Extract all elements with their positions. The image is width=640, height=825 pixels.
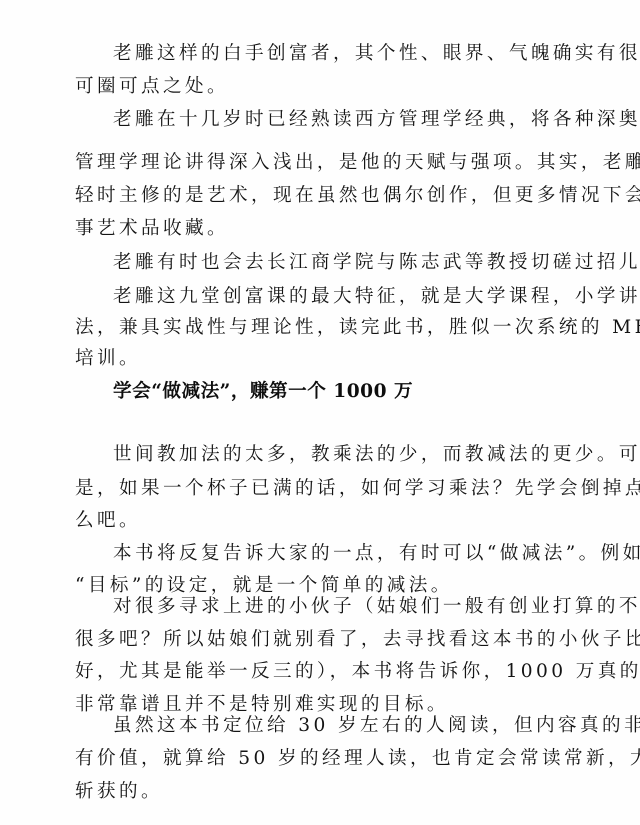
section-heading: 学会“做减法”，赚第一个 1000 万 <box>113 375 413 408</box>
book-page: 老雕这样的白手创富者，其个性、眼界、气魄确实有很多 可圈可点之处。 老雕在十几岁… <box>0 0 640 825</box>
paragraph-line: 么吧。 <box>75 504 607 537</box>
paragraph-line: 很多吧？所以姑娘们就别看了，去寻找看这本书的小伙子比较 <box>75 623 607 656</box>
paragraph-line: 可圈可点之处。 <box>75 70 607 103</box>
paragraph-line: 老雕在十几岁时已经熟读西方管理学经典，将各种深奥的 <box>113 103 607 136</box>
paragraph-line: 虽然这本书定位给 30 岁左右的人阅读，但内容真的非常 <box>113 709 607 742</box>
paragraph-line: 老雕有时也会去长江商学院与陈志武等教授切磋过招儿。 <box>113 246 607 279</box>
paragraph-line: 是，如果一个杯子已满的话，如何学习乘法？先学会倒掉点什 <box>75 472 607 505</box>
paragraph-line: 好，尤其是能举一反三的），本书将告诉你，1000 万真的是个 <box>75 655 607 688</box>
paragraph-line: 培训。 <box>75 342 607 375</box>
paragraph-line: 轻时主修的是艺术，现在虽然也偶尔创作，但更多情况下会从 <box>75 179 607 212</box>
paragraph-line: 斩获的。 <box>75 775 607 808</box>
paragraph-line: 本书将反复告诉大家的一点，有时可以“做减法”。例如 <box>113 537 607 570</box>
paragraph-line: 事艺术品收藏。 <box>75 212 607 245</box>
paragraph-line: 老雕这九堂创富课的最大特征，就是大学课程，小学讲 <box>113 280 607 313</box>
paragraph-line: 对很多寻求上进的小伙子（姑娘们一般有创业打算的不是 <box>113 590 607 623</box>
paragraph-line: 管理学理论讲得深入浅出，是他的天赋与强项。其实，老雕年 <box>75 146 607 179</box>
paragraph-line: 法，兼具实战性与理论性，读完此书，胜似一次系统的 MBA <box>75 311 607 344</box>
paragraph-line: 有价值，就算给 50 岁的经理人读，也肯定会常读常新，大有 <box>75 742 607 775</box>
paragraph-line: 老雕这样的白手创富者，其个性、眼界、气魄确实有很多 <box>113 37 607 70</box>
paragraph-line: 世间教加法的太多，教乘法的少，而教减法的更少。可 <box>113 438 607 471</box>
